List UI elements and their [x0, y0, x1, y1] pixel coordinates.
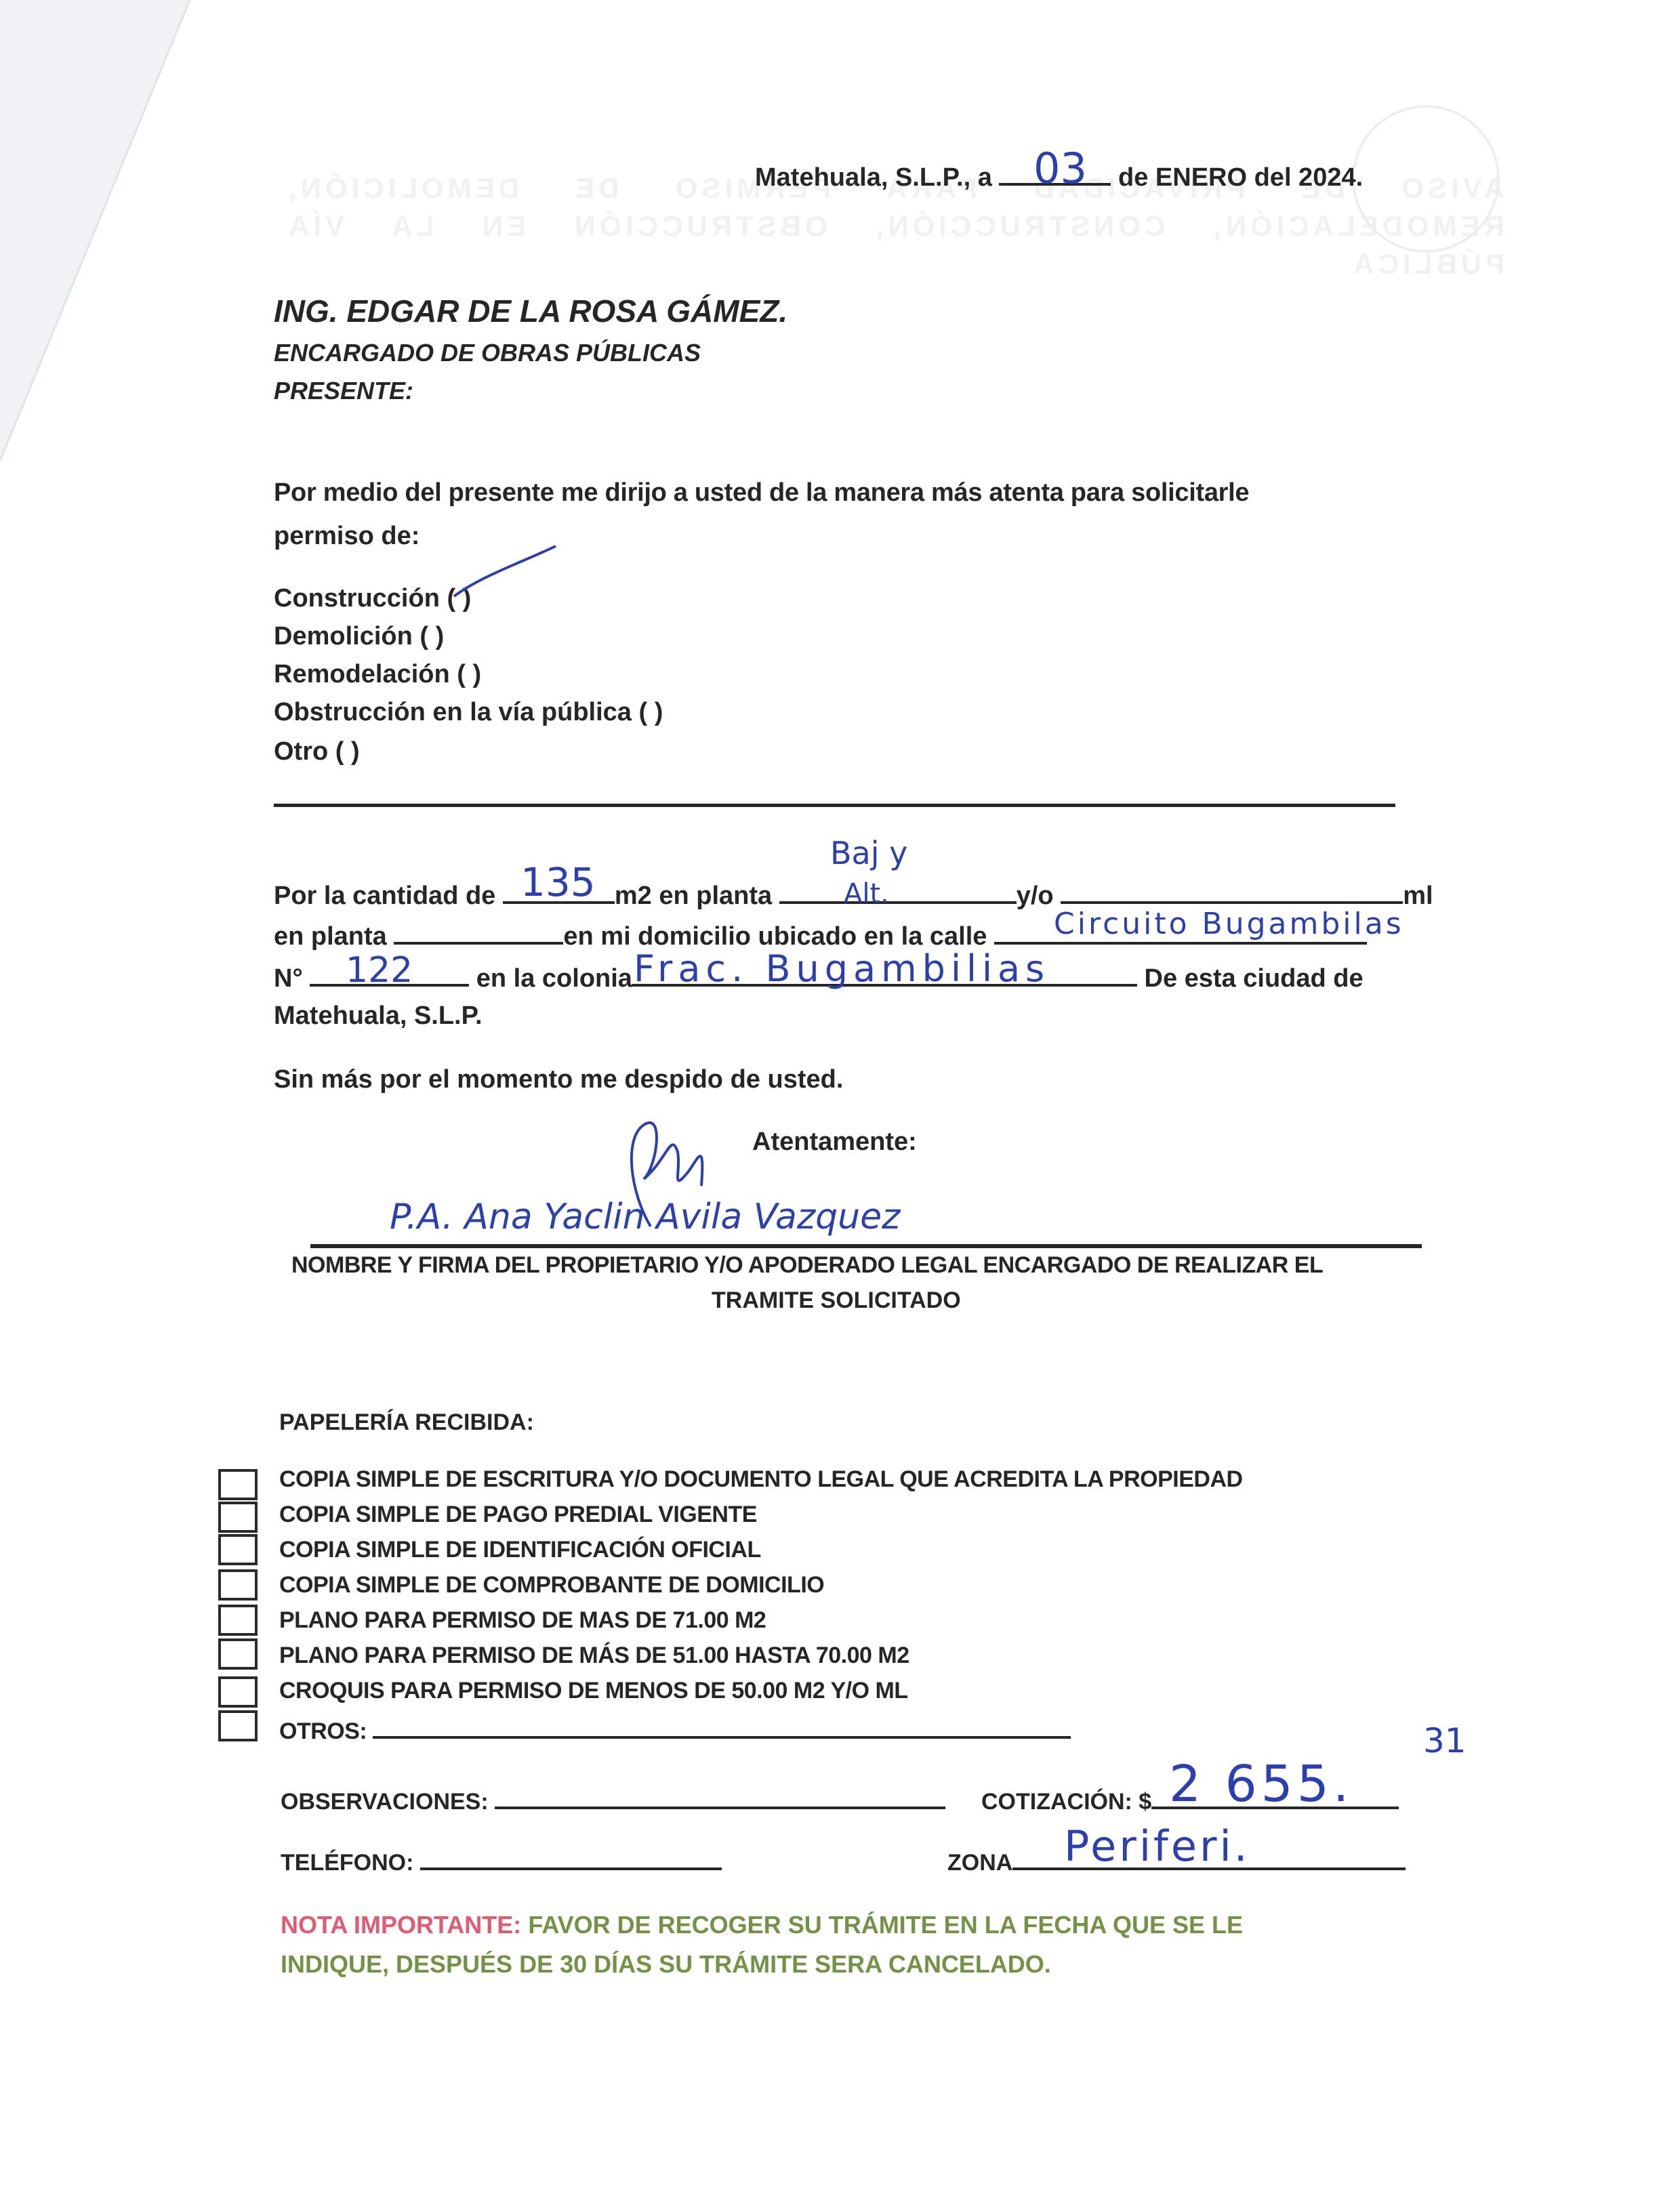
check-mark-construccion [447, 542, 562, 603]
no-handwritten: 122 [346, 950, 413, 991]
doc-checkbox-predial[interactable] [218, 1502, 258, 1533]
cotizacion-handwritten: 2 655. [1169, 1755, 1353, 1813]
signature-caption-2: TRAMITE SOLICITADO [712, 1287, 961, 1314]
day-handwritten: 03 [1033, 144, 1087, 193]
observaciones-field[interactable] [495, 1783, 945, 1809]
ml-label: ml [1403, 882, 1433, 910]
doc-checkbox-plano-71[interactable] [218, 1605, 258, 1636]
doc-label-croquis: CROQUIS PARA PERMISO DE MENOS DE 50.00 M… [279, 1678, 908, 1704]
recipient-name: ING. EDGAR DE LA ROSA GÁMEZ. [274, 293, 787, 329]
cotizacion-cents-handwritten: 31 [1423, 1721, 1467, 1760]
telefono-label: TELÉFONO: [281, 1850, 413, 1876]
city-suffix: De esta ciudad de [1145, 964, 1364, 993]
recipient-greeting: PRESENTE: [274, 377, 413, 405]
domicilio-label: en mi domicilio ubicado en la calle [563, 922, 987, 951]
otros-label: OTROS: [279, 1718, 367, 1744]
zona-label: ZONA [947, 1850, 1012, 1876]
planta-handwritten: Alt. [844, 878, 889, 909]
yo-label: y/o [1017, 882, 1054, 910]
otro-specify-line[interactable] [274, 804, 1395, 807]
doc-checkbox-identificacion[interactable] [218, 1534, 258, 1565]
telefono-field[interactable] [420, 1844, 722, 1870]
ml-field[interactable] [1061, 878, 1403, 904]
note-label: NOTA IMPORTANTE: [281, 1911, 521, 1939]
no-label: N° [274, 964, 303, 993]
date-suffix: de ENERO del 2024. [1118, 163, 1363, 192]
intro-line-1: Por medio del presente me dirijo a usted… [274, 478, 1249, 508]
note-text-2: INDIQUE, DESPUÉS DE 30 DÍAS SU TRÁMITE S… [281, 1950, 1051, 1979]
doc-label-identificacion: COPIA SIMPLE DE IDENTIFICACIÓN OFICIAL [279, 1537, 761, 1563]
doc-checkbox-domicilio[interactable] [218, 1569, 258, 1601]
qty-handwritten: 135 [520, 859, 596, 905]
otros-field[interactable] [373, 1713, 1071, 1739]
colonia-label: en la colonia [476, 964, 632, 993]
signature-caption-1: NOMBRE Y FIRMA DEL PROPIETARIO Y/O APODE… [291, 1252, 1323, 1279]
doc-checkbox-escritura[interactable] [218, 1469, 258, 1500]
signer-handwritten: P.A. Ana Yaclin Avila Vazquez [390, 1197, 900, 1237]
atentamente-label: Atentamente: [752, 1128, 917, 1157]
zona-handwritten: Periferi. [1064, 1821, 1250, 1871]
observaciones-label: OBSERVACIONES: [281, 1789, 489, 1815]
planta-field[interactable] [779, 878, 1017, 904]
permit-demolicion[interactable]: Demolición ( ) [274, 622, 444, 651]
signature-line[interactable] [310, 1244, 1422, 1248]
doc-label-domicilio: COPIA SIMPLE DE COMPROBANTE DE DOMICILIO [279, 1572, 824, 1598]
farewell-text: Sin más por el momento me despido de ust… [274, 1065, 843, 1094]
permit-remodelacion[interactable]: Remodelación ( ) [274, 660, 481, 689]
doc-checkbox-otros[interactable] [218, 1710, 258, 1741]
cotizacion-label: COTIZACIÓN: $ [981, 1789, 1151, 1815]
intro-line-2: permiso de: [274, 522, 419, 551]
doc-checkbox-plano-51-70[interactable] [218, 1638, 258, 1670]
city-name: Matehuala, S.L.P. [274, 1002, 483, 1031]
faint-stamp [1352, 105, 1500, 253]
permit-obstruccion[interactable]: Obstrucción en la vía pública ( ) [274, 698, 663, 727]
note-line-1: NOTA IMPORTANTE: FAVOR DE RECOGER SU TRÁ… [281, 1911, 1243, 1939]
qty-prefix: Por la cantidad de [274, 882, 495, 910]
date-prefix: Matehuala, S.L.P., a [755, 163, 992, 192]
en-planta-label: en planta [274, 922, 387, 951]
doc-label-predial: COPIA SIMPLE DE PAGO PREDIAL VIGENTE [279, 1502, 757, 1528]
doc-checkbox-croquis[interactable] [218, 1676, 258, 1708]
note-text-1: FAVOR DE RECOGER SU TRÁMITE EN LA FECHA … [528, 1911, 1243, 1939]
permit-construccion[interactable]: Construcción ( ) [274, 584, 471, 613]
papeleria-title: PAPELERÍA RECIBIDA: [279, 1409, 534, 1436]
telefono-row: TELÉFONO: [281, 1844, 722, 1876]
permit-otro[interactable]: Otro ( ) [274, 737, 360, 766]
doc-label-plano-51-70: PLANO PARA PERMISO DE MÁS DE 51.00 HASTA… [279, 1643, 909, 1669]
colonia-handwritten: Frac. Bugambilias [634, 947, 1050, 990]
street-handwritten: Circuito Bugambilas [1054, 907, 1404, 941]
planta-handwritten-top: Baj y [830, 835, 907, 871]
doc-label-plano-71: PLANO PARA PERMISO DE MAS DE 71.00 M2 [279, 1607, 766, 1634]
en-planta-field[interactable] [394, 919, 563, 945]
doc-label-otros: OTROS: [279, 1713, 1071, 1745]
doc-label-escritura: COPIA SIMPLE DE ESCRITURA Y/O DOCUMENTO … [279, 1466, 1243, 1493]
recipient-position: ENCARGADO DE OBRAS PÚBLICAS [274, 339, 701, 367]
qty-unit: m2 en planta [615, 882, 772, 910]
observaciones-row: OBSERVACIONES: [281, 1783, 945, 1815]
